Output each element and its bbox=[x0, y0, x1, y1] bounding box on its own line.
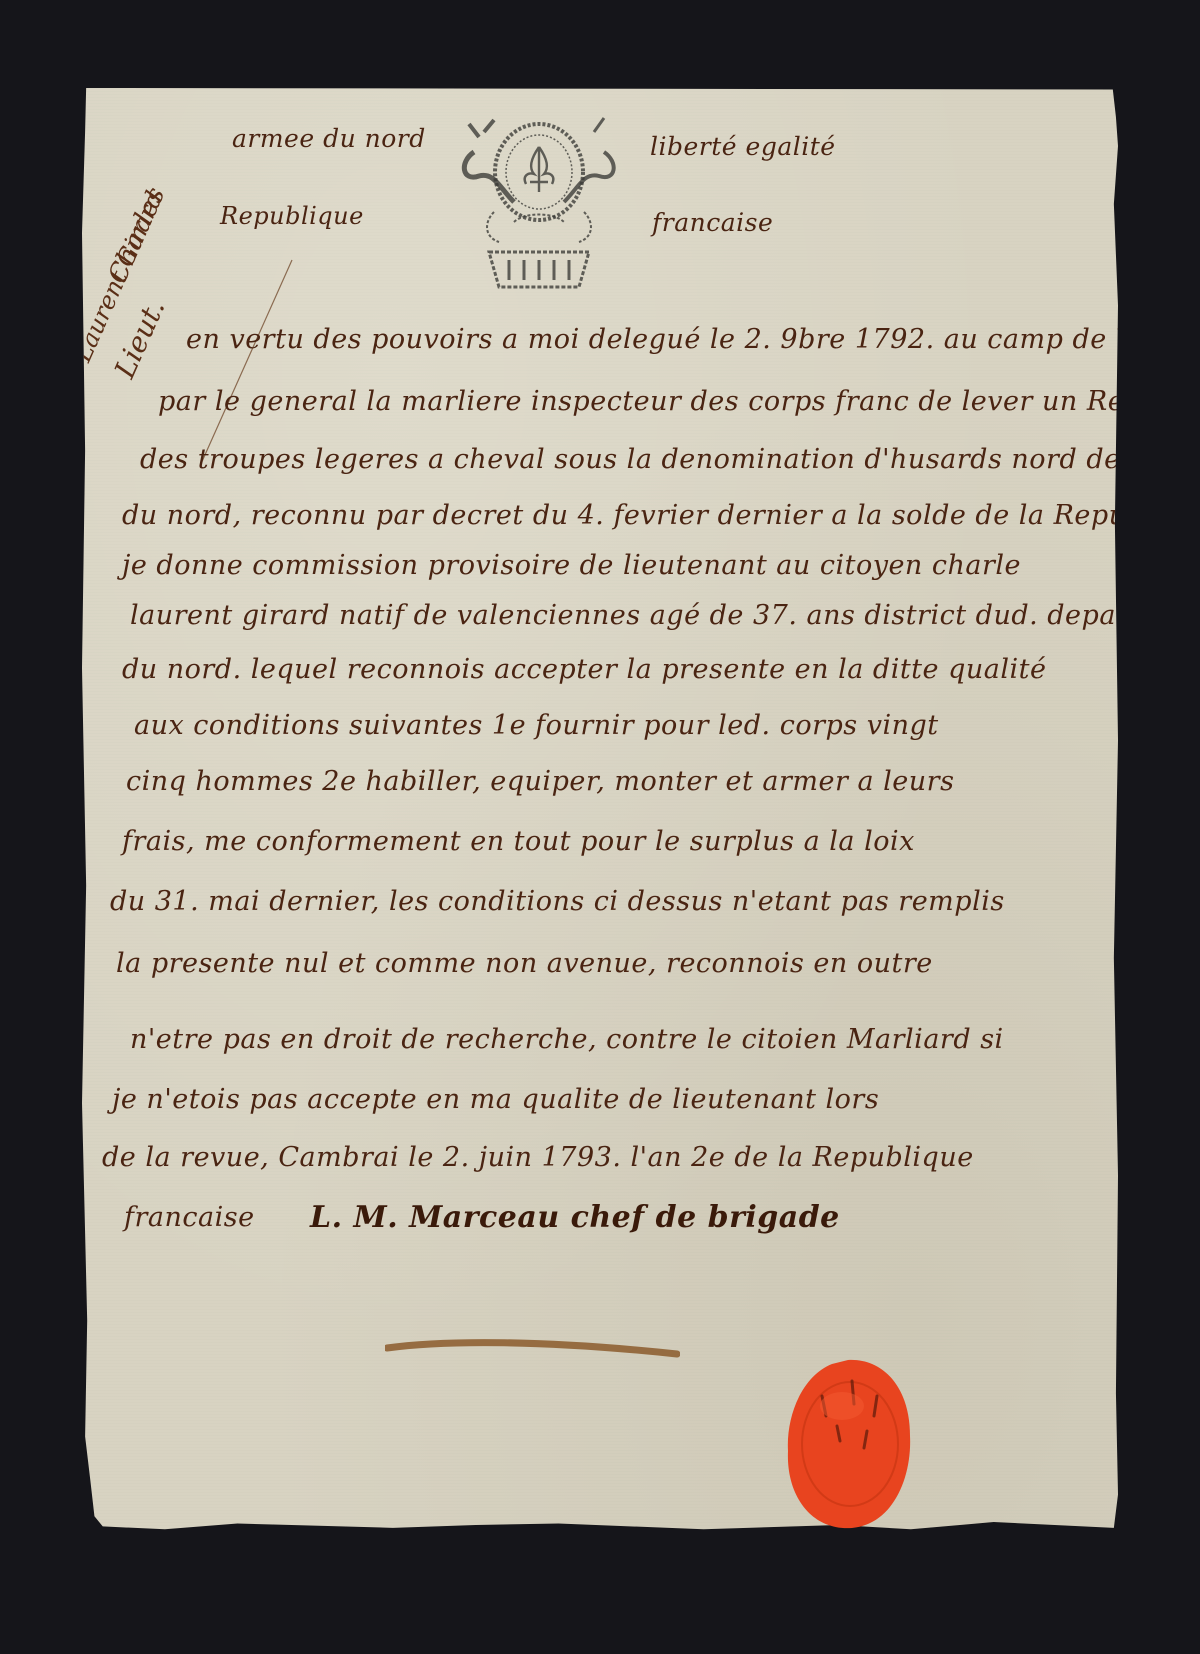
body-line: je n'etois pas accepte en ma qualite de … bbox=[112, 1084, 879, 1115]
body-line: je donne commission provisoire de lieute… bbox=[122, 550, 1021, 581]
signature-flourish bbox=[385, 1338, 680, 1358]
manuscript-page: Charles Laurent Girard Lieut. armee du n… bbox=[82, 88, 1118, 1538]
margin-pen-line bbox=[192, 258, 302, 468]
header-army: armee du nord bbox=[232, 124, 426, 153]
body-line: cinq hommes 2e habiller, equiper, monter… bbox=[126, 766, 954, 797]
body-line: du nord, reconnu par decret du 4. fevrie… bbox=[122, 500, 1200, 531]
body-line: n'etre pas en droit de recherche, contre… bbox=[130, 1024, 1004, 1055]
body-line: en vertu des pouvoirs a moi delegué le 2… bbox=[186, 324, 1200, 355]
signature: L. M. Marceau chef de brigade bbox=[310, 1200, 840, 1235]
body-line: des troupes legeres a cheval sous la den… bbox=[140, 444, 1200, 475]
body-line: laurent girard natif de valenciennes agé… bbox=[130, 600, 1150, 631]
body-line: par le general la marliere inspecteur de… bbox=[158, 386, 1162, 417]
body-line: francaise bbox=[124, 1202, 255, 1233]
body-line: la presente nul et comme non avenue, rec… bbox=[116, 948, 933, 979]
fleur-de-lis-stamp-icon bbox=[454, 112, 624, 297]
body-line: frais, me conformement en tout pour le s… bbox=[122, 826, 915, 857]
header-motto: liberté egalité bbox=[650, 132, 836, 161]
body-line: du 31. mai dernier, les conditions ci de… bbox=[110, 886, 1005, 917]
body-line: aux conditions suivantes 1e fournir pour… bbox=[134, 710, 939, 741]
body-line: du nord. lequel reconnois accepter la pr… bbox=[122, 654, 1046, 685]
header-republique: Republique bbox=[220, 202, 364, 230]
body-line: de la revue, Cambrai le 2. juin 1793. l'… bbox=[102, 1142, 974, 1173]
header-francaise: francaise bbox=[652, 208, 773, 237]
red-wax-seal-icon bbox=[782, 1356, 914, 1531]
